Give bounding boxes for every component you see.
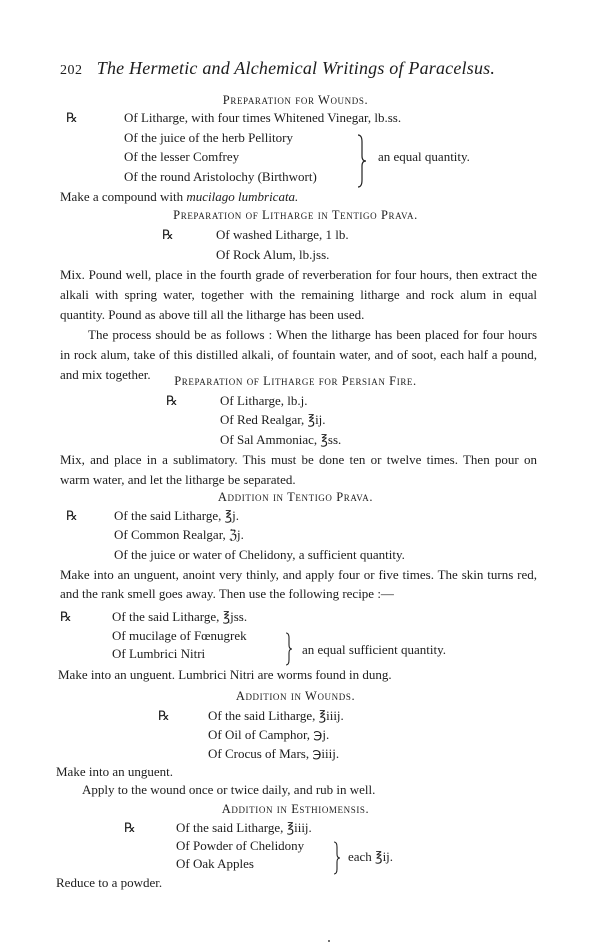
brace-icon xyxy=(284,632,294,666)
rx-icon: ℞ xyxy=(124,820,136,836)
instruction-italic: mucilago lumbricata. xyxy=(186,189,298,204)
ingredient-line: Of the said Litharge, ℥iiij. xyxy=(208,708,344,724)
ingredient-line: Of Lumbrici Nitri xyxy=(112,646,205,662)
brace-icon xyxy=(356,134,368,188)
brace-label: each ℥ij. xyxy=(348,849,393,865)
ingredient-line: Of Oil of Camphor, ℈j. xyxy=(208,727,329,743)
print-speck xyxy=(328,940,330,942)
ingredient-line: Of Rock Alum, lb.jss. xyxy=(216,247,329,263)
rx-icon: ℞ xyxy=(66,110,78,126)
rx-icon: ℞ xyxy=(60,609,72,625)
ingredient-line: Of Powder of Chelidony xyxy=(176,838,304,854)
section-heading: Addition in Esthiomensis. xyxy=(0,802,591,817)
section-heading: Addition in Tentigo Prava. xyxy=(0,490,591,505)
rx-icon: ℞ xyxy=(158,708,170,724)
ingredient-line: Of Common Realgar, ℨj. xyxy=(114,527,244,543)
rx-icon: ℞ xyxy=(166,393,178,409)
instruction-line: Make into an unguent. xyxy=(56,764,173,780)
ingredient-line: Of the said Litharge, ℥iiij. xyxy=(176,820,312,836)
brace-label: an equal sufficient quantity. xyxy=(302,642,446,658)
ingredient-line: Of the round Aristolochy (Birthwort) xyxy=(124,169,317,185)
instruction-line: Make a compound with mucilago lumbricata… xyxy=(60,189,298,205)
instruction-text: Make a compound with xyxy=(60,189,186,204)
ingredient-line: Of the said Litharge, ℥j. xyxy=(114,508,239,524)
brace-icon xyxy=(332,841,342,875)
instruction-line: Reduce to a powder. xyxy=(56,875,162,891)
rx-icon: ℞ xyxy=(66,508,78,524)
brace-label: an equal quantity. xyxy=(378,149,470,165)
ingredient-line: Of Red Realgar, ℥ij. xyxy=(220,412,326,428)
ingredient-line: Of Sal Ammoniac, ℥ss. xyxy=(220,432,341,448)
section-heading: Preparation of Litharge in Tentigo Prava… xyxy=(0,208,591,223)
paragraph: Mix. Pound well, place in the fourth gra… xyxy=(60,265,537,325)
ingredient-line: Of mucilage of Fœnugrek xyxy=(112,628,247,644)
section-heading: Preparation for Wounds. xyxy=(0,93,591,108)
page-number: 202 xyxy=(60,63,83,78)
paragraph: Apply to the wound once or twice daily, … xyxy=(82,782,375,798)
section-heading: Preparation of Litharge for Persian Fire… xyxy=(0,374,591,389)
ingredient-line: Of washed Litharge, 1 lb. xyxy=(216,227,349,243)
rx-icon: ℞ xyxy=(162,227,174,243)
book-page: 202 The Hermetic and Alchemical Writings… xyxy=(0,0,591,950)
paragraph: Make into an unguent, anoint very thinly… xyxy=(60,565,537,603)
ingredient-line: Of the said Litharge, ℥jss. xyxy=(112,609,247,625)
paragraph: Mix, and place in a sublimatory. This mu… xyxy=(60,450,537,490)
ingredient-line: Of the juice or water of Chelidony, a su… xyxy=(114,547,405,563)
ingredient-line: Of the lesser Comfrey xyxy=(124,149,239,165)
ingredient-line: Of the juice of the herb Pellitory xyxy=(124,130,293,146)
running-title: The Hermetic and Alchemical Writings of … xyxy=(97,58,495,78)
running-header: 202 The Hermetic and Alchemical Writings… xyxy=(60,58,495,79)
ingredient-line: Of Oak Apples xyxy=(176,856,254,872)
instruction-line: Make into an unguent. Lumbrici Nitri are… xyxy=(58,667,392,683)
ingredient-line: Of Litharge, with four times Whitened Vi… xyxy=(124,110,401,126)
section-heading: Addition in Wounds. xyxy=(0,689,591,704)
ingredient-line: Of Litharge, lb.j. xyxy=(220,393,308,409)
ingredient-line: Of Crocus of Mars, ℈iiij. xyxy=(208,746,339,762)
